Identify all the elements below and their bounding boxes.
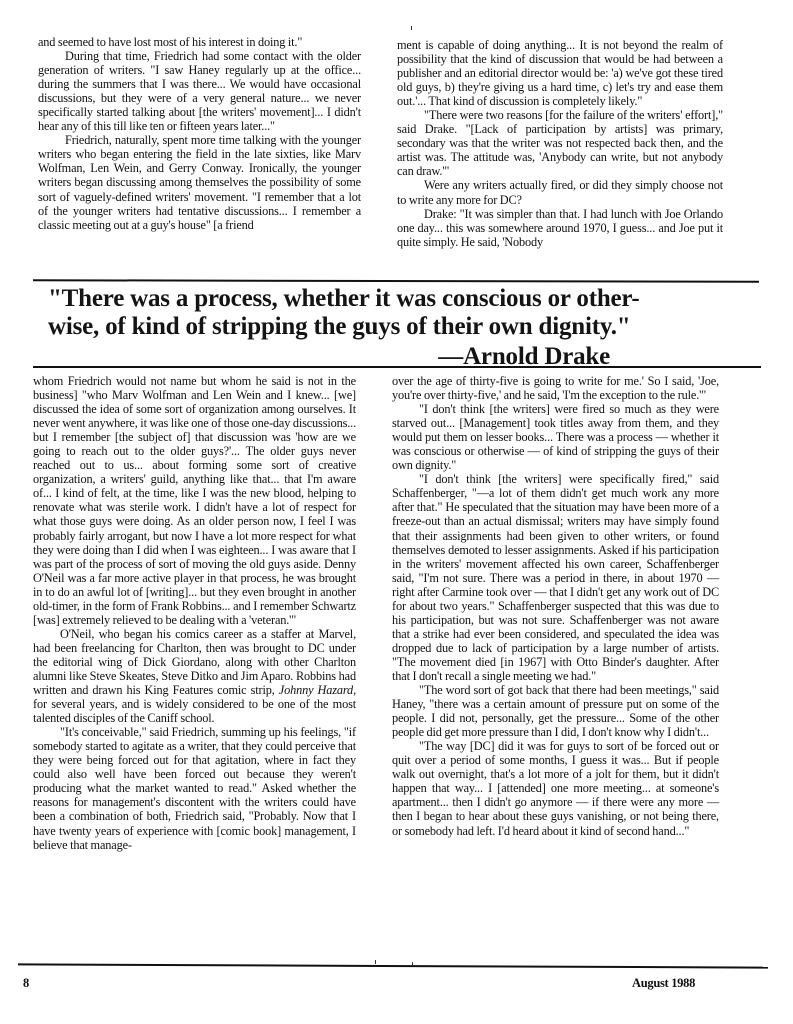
paragraph: "The way [DC] did it was for guys to sor…: [392, 739, 719, 837]
paragraph: Friedrich, naturally, spent more time ta…: [38, 133, 361, 231]
footer-rule: [18, 963, 768, 968]
paragraph: whom Friedrich would not name but whom h…: [33, 374, 356, 627]
pull-quote-line-1: "There was a process, whether it was con…: [48, 285, 640, 312]
paragraph: over the age of thirty-five is going to …: [392, 374, 719, 402]
column-bottom-right: over the age of thirty-five is going to …: [392, 374, 719, 838]
paragraph: "There were two reasons [for the failure…: [397, 108, 723, 178]
print-speck: [411, 26, 412, 30]
paragraph: "I don't think [the writers] were specif…: [392, 472, 719, 683]
paragraph: and seemed to have lost most of his inte…: [38, 35, 361, 49]
comic-strip-title: Johnny Hazard: [279, 683, 353, 697]
print-speck: [375, 960, 376, 964]
issue-date: August 1988: [632, 976, 695, 991]
column-top-left: and seemed to have lost most of his inte…: [38, 35, 361, 232]
pull-quote-line-2: wise, of kind of stripping the guys of t…: [48, 313, 630, 340]
paragraph: Drake: "It was simpler than that. I had …: [397, 207, 723, 249]
paragraph: Were any writers actually fired, or did …: [397, 178, 723, 206]
column-bottom-left: whom Friedrich would not name but whom h…: [33, 374, 356, 852]
divider-rule-top: [33, 279, 759, 283]
paragraph: "I don't think [the writers] were fired …: [392, 402, 719, 472]
paragraph: "It's conceivable," said Friedrich, summ…: [33, 725, 356, 851]
paragraph: "The word sort of got back that there ha…: [392, 683, 719, 739]
pull-quote: "There was a process, whether it was con…: [48, 285, 668, 371]
paragraph: ment is capable of doing anything... It …: [397, 38, 723, 108]
page-number: 8: [23, 976, 29, 991]
paragraph: During that time, Friedrich had some con…: [38, 49, 361, 133]
column-top-right: ment is capable of doing anything... It …: [397, 38, 723, 249]
paragraph: O'Neil, who began his comics career as a…: [33, 627, 356, 725]
divider-rule-bottom: [33, 366, 761, 368]
